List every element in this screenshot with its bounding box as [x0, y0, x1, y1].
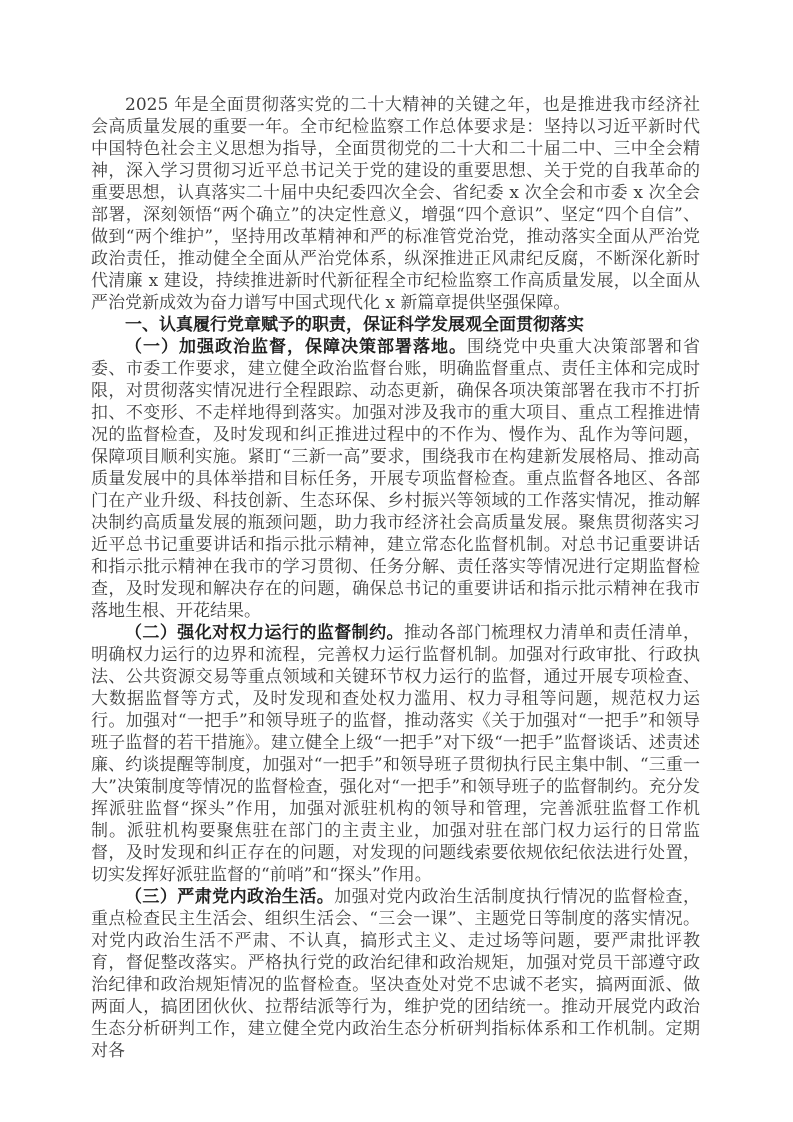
document-body: 2025 年是全面贯彻落实党的二十大精神的关键之年，也是推进我市经济社会高质量发…: [91, 94, 700, 1062]
intro-paragraph: 2025 年是全面贯彻落实党的二十大精神的关键之年，也是推进我市经济社会高质量发…: [91, 94, 700, 314]
subsection-2-lead: （二）强化对权力运行的监督制约。: [125, 623, 404, 643]
subsection-3-body: 加强对党内政治生活制度执行情况的监督检查，重点检查民主生活会、组织生活会、“三会…: [91, 887, 700, 1061]
subsection-1-lead: （一）加强政治监督，保障决策部署落地。: [125, 337, 467, 357]
subsection-paragraph-1: （一）加强政治监督，保障决策部署落地。围绕党中央重大决策部署和省委、市委工作要求…: [91, 336, 700, 622]
section-heading-1: 一、认真履行党章赋予的职责，保证科学发展观全面贯彻落实: [91, 314, 700, 336]
document-viewport: { "page": { "background": "#ffffff", "bo…: [0, 0, 793, 1122]
document-page: 2025 年是全面贯彻落实党的二十大精神的关键之年，也是推进我市经济社会高质量发…: [0, 0, 793, 1122]
subsection-2-body: 推动各部门梳理权力清单和责任清单，明确权力运行的边界和流程，完善权力运行监督机制…: [91, 623, 700, 885]
subsection-1-body: 围绕党中央重大决策部署和省委、市委工作要求，建立健全政治监督台账，明确监督重点、…: [91, 337, 700, 621]
subsection-paragraph-3: （三）严肃党内政治生活。加强对党内政治生活制度执行情况的监督检查，重点检查民主生…: [91, 886, 700, 1062]
subsection-3-lead: （三）严肃党内政治生活。: [125, 887, 334, 907]
intro-paragraph-text: 2025 年是全面贯彻落实党的二十大精神的关键之年，也是推进我市经济社会高质量发…: [91, 95, 700, 313]
subsection-paragraph-2: （二）强化对权力运行的监督制约。推动各部门梳理权力清单和责任清单，明确权力运行的…: [91, 622, 700, 886]
